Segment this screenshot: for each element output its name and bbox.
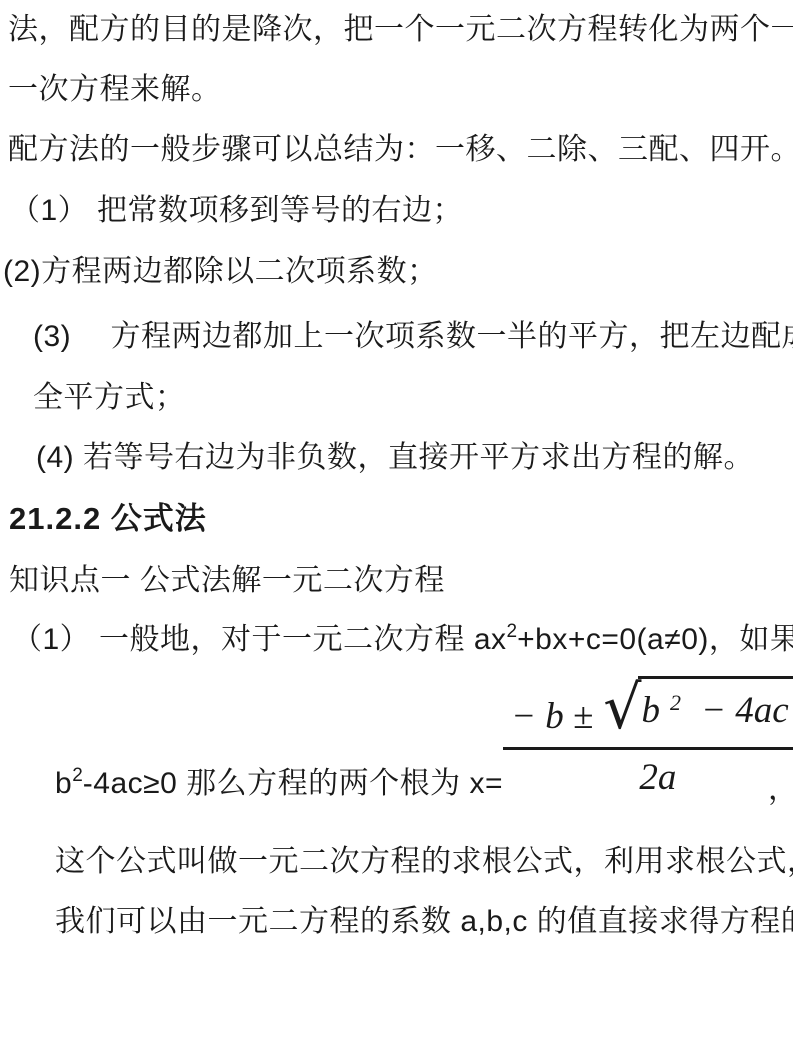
steps-summary: 配方法的一般步骤可以总结为：一移、二除、三配、四开。 bbox=[8, 130, 793, 170]
formula-trailing-comma: ， bbox=[768, 770, 793, 810]
point-1-prefix: （1） 一般地，对于一元二次方程 ax bbox=[12, 623, 507, 656]
radicand: b2− 4ac bbox=[638, 676, 793, 732]
radical-sign-icon: √ bbox=[603, 676, 641, 740]
radicand-rest: − 4ac bbox=[701, 690, 789, 731]
document-page: 法，配方的目的是降次，把一个一元二次方程转化为两个一元 一次方程来解。 配方法的… bbox=[0, 0, 793, 1048]
formula-lhs-superscript: 2 bbox=[72, 756, 83, 796]
step-3-line1: (3) 方程两边都加上一次项系数一半的平方，把左边配成完 bbox=[33, 317, 793, 357]
step-1: （1） 把常数项移到等号的右边； bbox=[10, 191, 463, 231]
section-heading: 21.2.2 公式法 bbox=[9, 499, 207, 539]
point-1-suffix: +bx+c=0(a≠0)，如果 bbox=[517, 623, 793, 656]
point-1-superscript: 2 bbox=[507, 612, 518, 652]
step-4: (4) 若等号右边为非负数，直接开平方求出方程的解。 bbox=[36, 438, 754, 478]
fraction-denominator: 2a bbox=[639, 750, 676, 799]
fraction-numerator: − b ± √ b2− 4ac bbox=[503, 676, 793, 750]
quadratic-formula-fraction: − b ± √ b2− 4ac 2a bbox=[503, 676, 793, 799]
numerator-prefix: − b ± bbox=[511, 695, 593, 740]
closing-line2: 我们可以由一元二方程的系数 a,b,c 的值直接求得方程的 bbox=[55, 902, 793, 942]
para-intro-line1: 法，配方的目的是降次，把一个一元二次方程转化为两个一元 bbox=[8, 10, 793, 50]
radicand-base: b bbox=[642, 690, 661, 731]
closing-line1: 这个公式叫做一元二次方程的求根公式，利用求根公式， bbox=[55, 842, 793, 882]
knowledge-point-title: 知识点一 公式法解一元二次方程 bbox=[9, 561, 445, 601]
point-1-text: （1） 一般地，对于一元二次方程 ax2+bx+c=0(a≠0)，如果 bbox=[12, 620, 793, 664]
formula-lhs-base: b bbox=[55, 767, 72, 800]
formula-condition-text: b2-4ac≥0 那么方程的两个根为 x= bbox=[55, 764, 503, 808]
para-intro-line2: 一次方程来解。 bbox=[8, 70, 222, 110]
formula-lhs-rest: -4ac≥0 那么方程的两个根为 x= bbox=[83, 767, 503, 800]
step-3-line2: 全平方式； bbox=[33, 378, 186, 418]
square-root: √ b2− 4ac bbox=[603, 676, 793, 740]
radicand-superscript: 2 bbox=[670, 690, 681, 716]
step-2: (2)方程两边都除以二次项系数； bbox=[3, 252, 438, 292]
